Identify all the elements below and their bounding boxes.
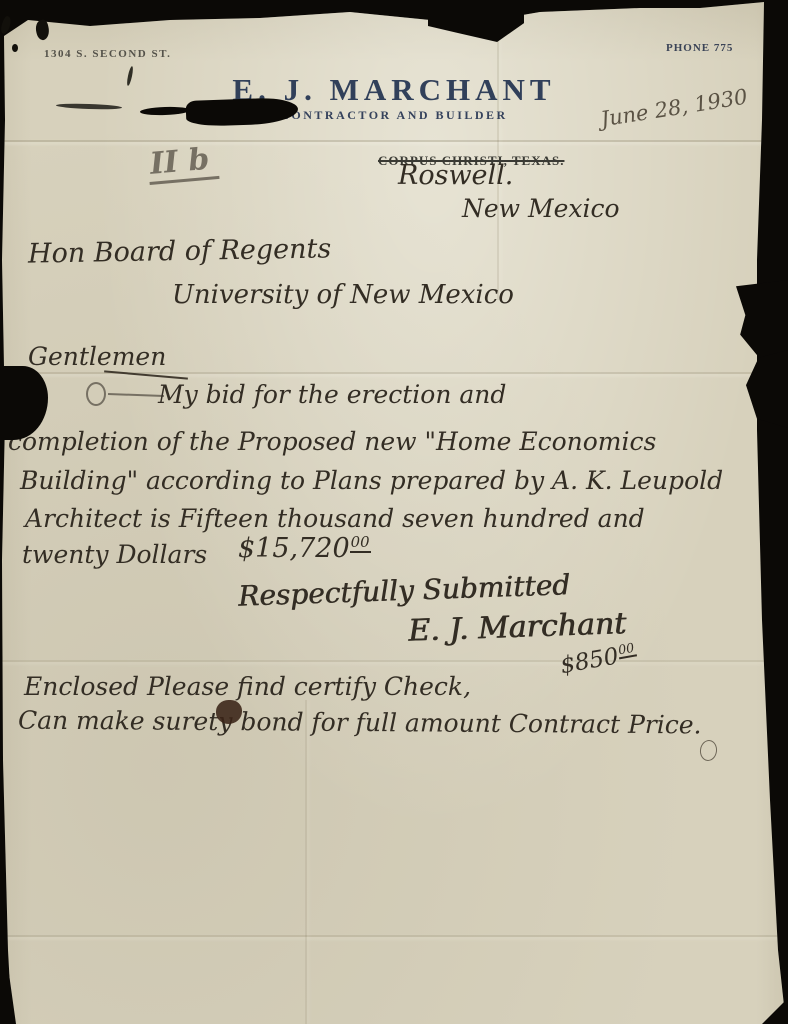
recipient-line-2: University of New Mexico [172, 280, 514, 310]
fold-crease [0, 935, 788, 937]
postscript-line-2: Can make surety bond for full amount Con… [18, 706, 702, 740]
letterhead-phone: PHONE 775 [666, 42, 733, 54]
body-line-3: Building" according to Plans prepared by… [20, 466, 723, 495]
fold-crease [305, 700, 307, 1024]
pencil-dash-mark [108, 393, 164, 397]
pencil-circle-mark [86, 382, 106, 406]
fold-crease [0, 660, 788, 662]
body-line-4: Architect is Fifteen thousand seven hund… [25, 504, 645, 533]
bid-amount-dollars: $15,720 [238, 533, 350, 564]
recipient-line-1: Hon Board of Regents [28, 233, 332, 269]
handwritten-city: Roswell. [398, 160, 513, 191]
handwritten-state: New Mexico [462, 194, 620, 223]
scanned-letter: 1304 S. SECOND ST. PHONE 775 E. J. MARCH… [0, 0, 788, 1024]
archival-pencil-mark: II b [146, 141, 219, 185]
postscript-line-1: Enclosed Please find certify Check, [24, 672, 471, 701]
fold-crease [497, 0, 499, 300]
salutation: Gentlemen [28, 342, 166, 371]
check-amount: $85000 [558, 640, 638, 680]
paper-sheet: 1304 S. SECOND ST. PHONE 775 E. J. MARCH… [0, 0, 788, 1024]
check-amount-cents: 00 [616, 640, 637, 660]
fold-crease [0, 140, 788, 142]
letterhead-address: 1304 S. SECOND ST. [44, 48, 171, 60]
signature: E. J. Marchant [407, 606, 626, 649]
pencil-circle-mark-bottom [699, 739, 719, 762]
bid-amount: $15,72000 [238, 533, 371, 564]
closing-line: Respectfully Submitted [238, 568, 571, 613]
body-line-5: twenty Dollars [22, 540, 207, 569]
body-line-2: completion of the Proposed new "Home Eco… [8, 427, 656, 456]
check-amount-dollars: $850 [558, 643, 620, 679]
body-line-1: My bid for the erection and [158, 380, 506, 409]
bid-amount-cents: 00 [350, 533, 371, 553]
ink-speck [12, 44, 18, 52]
